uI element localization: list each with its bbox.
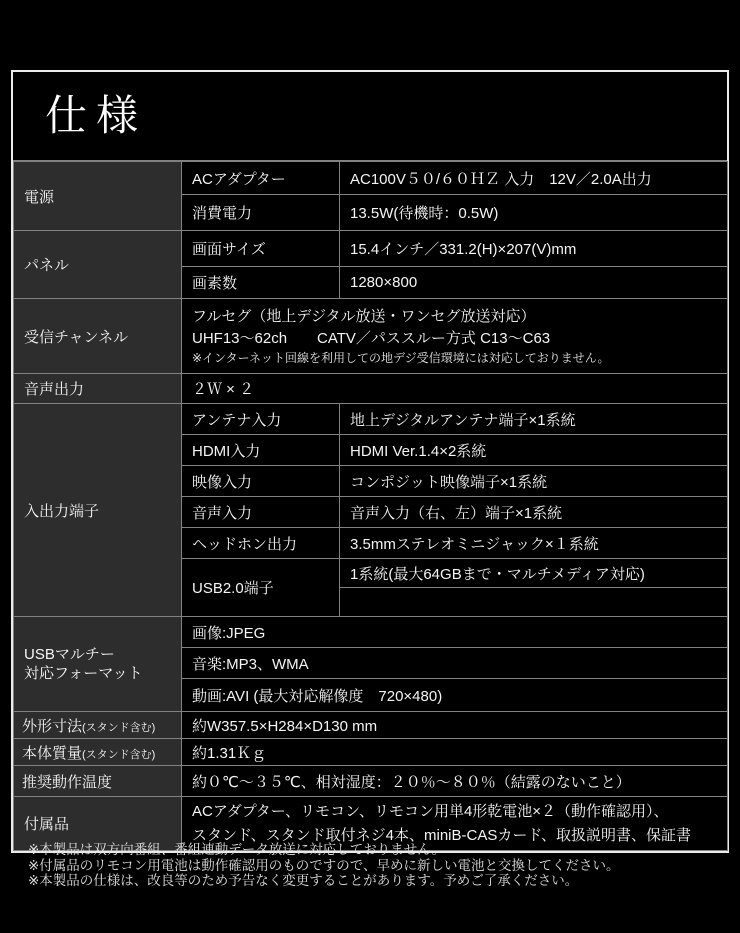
footnote-1: ※本製品は双方向番組、番組連動データ放送に対応しておりません。 [28, 842, 620, 858]
usb-formats-section-label: USBマルチー 対応フォーマット [14, 617, 182, 712]
weight-label-note: (スタンド含む) [82, 749, 155, 761]
usb-formats-label-line2: 対応フォーマット [24, 664, 175, 683]
hdmi-input-name: HDMI入力 [182, 435, 340, 466]
pixel-count-value: 1280×800 [340, 267, 728, 299]
power-adapter-name: ACアダプター [182, 162, 340, 195]
dimensions-label: 外形寸法(スタンド含む) [14, 712, 182, 739]
panel-section-label: パネル [14, 231, 182, 299]
hdmi-input-value: HDMI Ver.1.4×2系統 [340, 435, 728, 466]
headphone-output-value: 3.5mmステレオミニジャック×１系統 [340, 528, 728, 559]
usb-port-name: USB2.0端子 [182, 559, 340, 617]
usb-format-music: 音楽:MP3、WMA [182, 648, 728, 679]
power-label-text: 電源 [24, 189, 54, 206]
channels-line1: フルセグ（地上デジタル放送・ワンセグ放送対応） [192, 306, 721, 328]
headphone-output-name: ヘッドホン出力 [182, 528, 340, 559]
power-adapter-value: AC100V５０/６０ＨＺ 入力 12V／2.0A出力 [340, 162, 728, 195]
video-input-value: コンポジット映像端子×1系統 [340, 466, 728, 497]
usb-format-video: 動画:AVI (最大対応解像度 720×480) [182, 679, 728, 712]
table-row: 本体質量(スタンド含む) 約1.31Ｋｇ [14, 739, 728, 766]
weight-label: 本体質量(スタンド含む) [14, 739, 182, 766]
video-input-name: 映像入力 [182, 466, 340, 497]
weight-label-text: 本体質量 [22, 745, 82, 762]
io-section-label: 入出力端子 [14, 404, 182, 617]
channels-section-label: 受信チャンネル [14, 299, 182, 374]
dimensions-label-note: (スタンド含む) [82, 722, 155, 734]
dimensions-label-text: 外形寸法 [22, 718, 82, 735]
footnote-3: ※本製品の仕様は、改良等のため予告なく変更することがあります。予めご了承ください… [28, 873, 620, 889]
audio-input-name: 音声入力 [182, 497, 340, 528]
power-consumption-value: 13.5W(待機時：0.5W) [340, 195, 728, 231]
table-row: 電源 ACアダプター AC100V５０/６０ＨＺ 入力 12V／2.0A出力 [14, 162, 728, 195]
channels-line2: UHF13～62ch CATV／パススルー方式 C13～C63 [192, 328, 721, 350]
footnotes: ※本製品は双方向番組、番組連動データ放送に対応しておりません。 ※付属品のリモコ… [28, 842, 620, 889]
channels-value: フルセグ（地上デジタル放送・ワンセグ放送対応） UHF13～62ch CATV／… [182, 299, 728, 374]
usb-port-extra-cell [340, 588, 728, 617]
accessories-line1: ACアダプター、リモコン、リモコン用単4形乾電池×２（動作確認用）、 [192, 800, 721, 824]
page-title: 仕様 [13, 72, 727, 161]
spec-page: { "title": "仕様", "sections": { "power": … [0, 0, 740, 933]
audio-output-label: 音声出力 [14, 374, 182, 404]
power-section-label: 電源 [14, 162, 182, 231]
audio-output-value: ２Ｗ × ２ [182, 374, 728, 404]
table-row: USBマルチー 対応フォーマット 画像:JPEG [14, 617, 728, 648]
temperature-value: 約０℃～３５℃、相対湿度：２０％～８０％（結露のないこと） [182, 766, 728, 797]
channels-note: ※インターネット回線を利用しての地デジ受信環境には対応しておりません。 [192, 350, 721, 366]
temperature-label: 推奨動作温度 [14, 766, 182, 797]
power-consumption-name: 消費電力 [182, 195, 340, 231]
table-row: 外形寸法(スタンド含む) 約W357.5×H284×D130 mm [14, 712, 728, 739]
dimensions-value: 約W357.5×H284×D130 mm [182, 712, 728, 739]
panel-label-text: パネル [24, 257, 69, 274]
weight-value: 約1.31Ｋｇ [182, 739, 728, 766]
audio-input-value: 音声入力（右、左）端子×1系統 [340, 497, 728, 528]
antenna-input-value: 地上デジタルアンテナ端子×1系統 [340, 404, 728, 435]
table-row: 推奨動作温度 約０℃～３５℃、相対湿度：２０％～８０％（結露のないこと） [14, 766, 728, 797]
spec-table: 電源 ACアダプター AC100V５０/６０ＨＺ 入力 12V／2.0A出力 消… [13, 161, 728, 851]
usb-format-image: 画像:JPEG [182, 617, 728, 648]
table-row: 音声出力 ２Ｗ × ２ [14, 374, 728, 404]
table-row: 入出力端子 アンテナ入力 地上デジタルアンテナ端子×1系統 [14, 404, 728, 435]
screen-size-value: 15.4インチ／331.2(H)×207(V)mm [340, 231, 728, 267]
antenna-input-name: アンテナ入力 [182, 404, 340, 435]
io-label-text: 入出力端子 [24, 503, 99, 520]
pixel-count-name: 画素数 [182, 267, 340, 299]
screen-size-name: 画面サイズ [182, 231, 340, 267]
spec-sheet: 仕様 電源 ACアダプター AC100V５０/６０ＨＺ 入力 12V／2.0A出… [11, 70, 729, 853]
table-row: パネル 画面サイズ 15.4インチ／331.2(H)×207(V)mm [14, 231, 728, 267]
table-row: 受信チャンネル フルセグ（地上デジタル放送・ワンセグ放送対応） UHF13～62… [14, 299, 728, 374]
usb-formats-label-line1: USBマルチー [24, 645, 175, 664]
footnote-2: ※付属品のリモコン用電池は動作確認用のものですので、早めに新しい電池と交換してく… [28, 858, 620, 874]
usb-port-value: 1系統(最大64GBまで・マルチメディア対応) [340, 559, 728, 588]
